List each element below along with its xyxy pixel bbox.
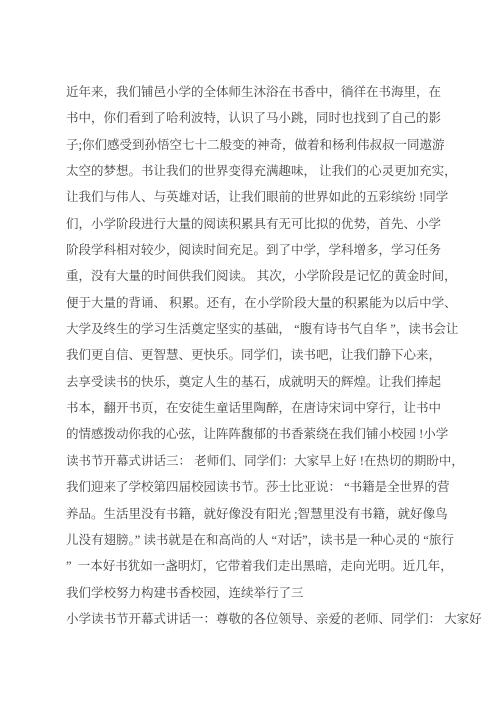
text-line: 书中，你们看到了哈利波特，认识了马小跳，同时也找到了自己的影 [66, 105, 450, 131]
text-line: 便于大量的背诵、 积累。还有，在小学阶段大量的积累能为以后中学、 [66, 290, 450, 316]
text-line: 太空的梦想。书让我们的世界变得充满趣味， 让我们的心灵更加充实， [66, 158, 450, 184]
text-line: 养品。生活里没有书籍，就好像没有阳光 ;智慧里没有书籍，就好像鸟 [66, 501, 450, 527]
paragraph-block: 近年来，我们铺邑小学的全体师生沐浴在书香中，徜徉在书海里，在 书中，你们看到了哈… [66, 79, 450, 632]
text-line: 儿没有翅膀。” 读书就是在和高尚的人 “对话”，读书是一种心灵的 “旅行 [66, 527, 450, 553]
text-line: 去享受读书的快乐，奠定人生的基石，成就明天的辉煌。让我们捧起 [66, 369, 450, 395]
text-line: 们，小学阶段进行大量的阅读积累具有无可比拟的优势，首先、小学 [66, 211, 450, 237]
document-page: 近年来，我们铺邑小学的全体师生沐浴在书香中，徜徉在书海里，在 书中，你们看到了哈… [0, 0, 500, 708]
text-line: 我们学校努力构建书香校园，连续举行了三 [66, 580, 450, 606]
text-line: 重，没有大量的时间供我们阅读。 其次，小学阶段是记忆的黄金时间， [66, 263, 450, 289]
text-line: 让我们与伟人、与英雄对话，让我们眼前的世界如此的五彩缤纷 !同学 [66, 184, 450, 210]
text-line: 大学及终生的学习生活奠定坚实的基础， “腹有诗书气自华 ”，读书会让 [66, 316, 450, 342]
text-line: 我们更自信、更智慧、更快乐。同学们，读书吧，让我们静下心来， [66, 342, 450, 368]
text-line: 阶段学科相对较少，阅读时间充足。到了中学，学科增多，学习任务 [66, 237, 450, 263]
text-line: 的情感拨动你我的心弦，让阵阵馥郁的书香萦绕在我们铺小校园 !小学 [66, 421, 450, 447]
text-line: 子;你们感受到孙悟空七十二般变的神奇，做着和杨利伟叔叔一同遨游 [66, 132, 450, 158]
text-line: 近年来，我们铺邑小学的全体师生沐浴在书香中，徜徉在书海里，在 [66, 79, 450, 105]
text-line: 读书节开幕式讲话三： 老师们、同学们：大家早上好 !在热切的期盼中， [66, 448, 450, 474]
text-line: 我们迎来了学校第四届校园读书节。莎士比亚说： “书籍是全世界的营 [66, 474, 450, 500]
text-line: 小学读书节开幕式讲话一：尊敬的各位领导、亲爱的老师、同学们： 大家好 [66, 606, 450, 632]
text-line: 书本，翻开书页，在安徒生童话里陶醉，在唐诗宋词中穿行，让书中 [66, 395, 450, 421]
document-viewport: { "page": { "background_color": "#ffffff… [0, 0, 500, 708]
text-line: ” 一本好书犹如一盏明灯，它带着我们走出黑暗，走向光明。近几年， [66, 553, 450, 579]
